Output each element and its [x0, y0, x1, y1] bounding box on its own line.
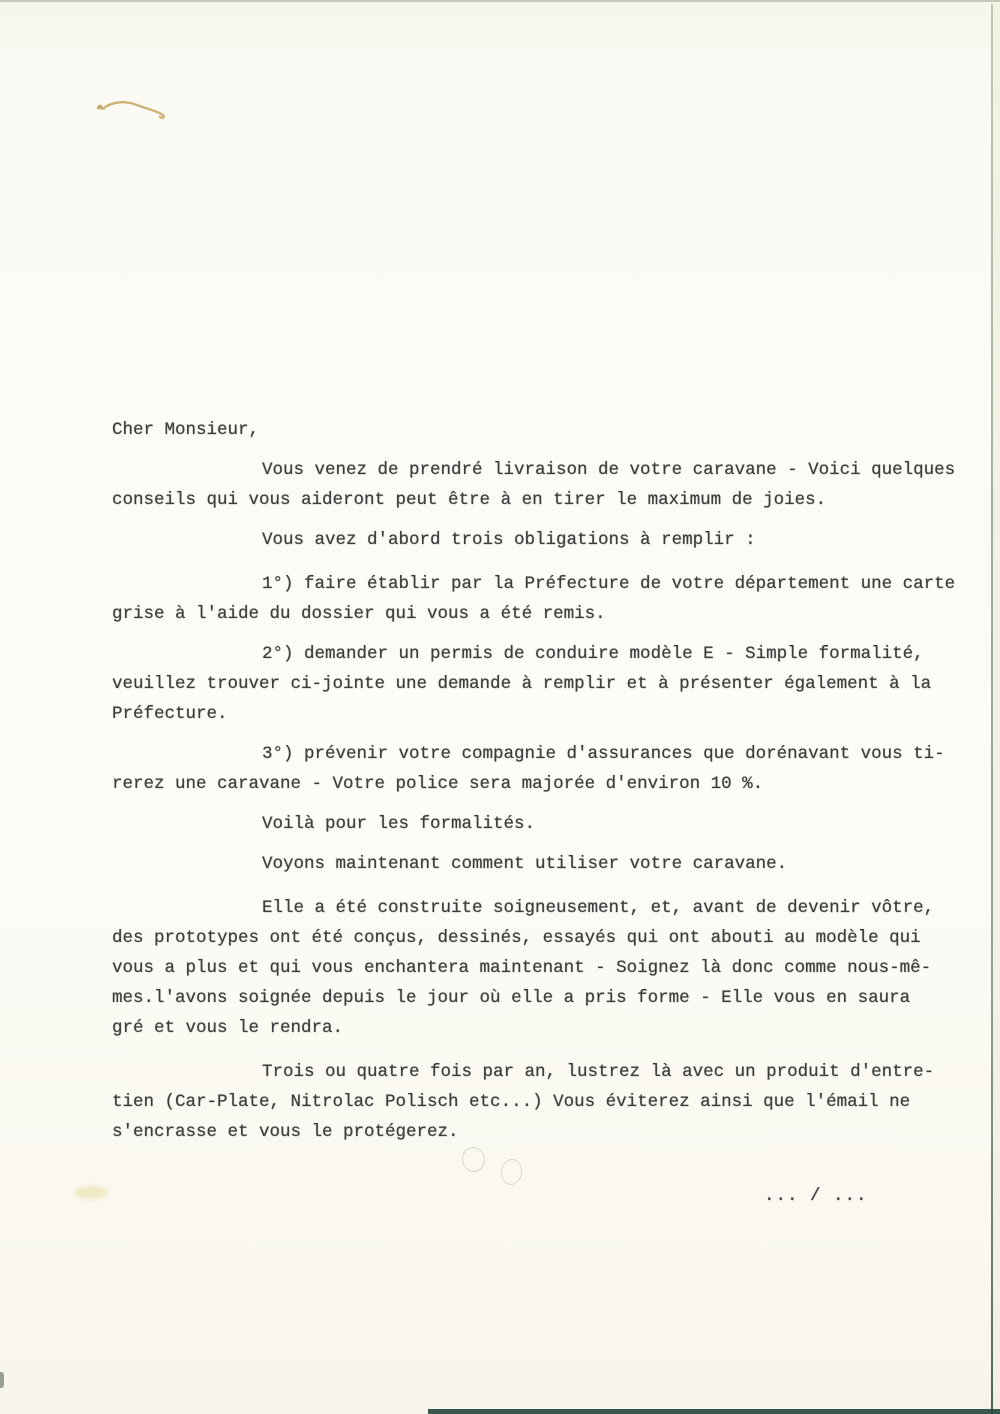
paragraph: 3°) prévenir votre compagnie d'assurance…	[112, 739, 984, 799]
paper-edge-right	[991, 4, 993, 1414]
letter-line: grise à l'aide du dossier qui vous a été…	[112, 599, 984, 629]
letter-line: mes.l'avons soignée depuis le jour où el…	[112, 983, 984, 1013]
letter-line: Préfecture.	[112, 699, 984, 729]
letter-line: Voilà pour les formalités.	[112, 809, 984, 839]
paragraph: Voilà pour les formalités.	[112, 809, 984, 839]
paragraph: Elle a été construite soigneusement, et,…	[112, 893, 984, 1043]
letter-line: des prototypes ont été conçus, dessinés,…	[112, 923, 984, 953]
paragraph: Voyons maintenant comment utiliser votre…	[112, 849, 984, 879]
continuation-mark: ... / ...	[112, 1181, 984, 1211]
letter-line: 2°) demander un permis de conduire modèl…	[112, 639, 984, 669]
letter-line: vous a plus et qui vous enchantera maint…	[112, 953, 984, 983]
letter-line: tien (Car-Plate, Nitrolac Polisch etc...…	[112, 1087, 984, 1117]
paragraph: Vous avez d'abord trois obligations à re…	[112, 525, 984, 555]
paragraph: 1°) faire établir par la Préfecture de v…	[112, 569, 984, 629]
letter-line: gré et vous le rendra.	[112, 1013, 984, 1043]
letter-line: 3°) prévenir votre compagnie d'assurance…	[112, 739, 984, 769]
letter-line: Vous venez de prendré livraison de votre…	[112, 455, 984, 485]
scan-edge-top	[0, 0, 1000, 2]
letter-line: Vous avez d'abord trois obligations à re…	[112, 525, 984, 555]
letter-line: s'encrasse et vous le protégerez.	[112, 1117, 984, 1147]
letter-body: Cher Monsieur, Vous venez de prendré liv…	[112, 415, 984, 1211]
yellow-smudge	[74, 1186, 108, 1199]
letter-line: conseils qui vous aideront peut être à e…	[112, 485, 984, 515]
scan-background-right	[993, 0, 1000, 1414]
paragraph: Trois ou quatre fois par an, lustrez là …	[112, 1057, 984, 1147]
paragraph: 2°) demander un permis de conduire modèl…	[112, 639, 984, 729]
letter-page: Cher Monsieur, Vous venez de prendré liv…	[0, 0, 1000, 1414]
paragraph: Vous venez de prendré livraison de votre…	[112, 455, 984, 515]
scan-edge-bottom	[428, 1409, 1000, 1414]
letter-line: Trois ou quatre fois par an, lustrez là …	[112, 1057, 984, 1087]
letter-line: rerez une caravane - Votre police sera m…	[112, 769, 984, 799]
salutation: Cher Monsieur,	[112, 415, 984, 445]
letter-line: veuillez trouver ci-jointe une demande à…	[112, 669, 984, 699]
letter-line: Elle a été construite soigneusement, et,…	[112, 893, 984, 923]
letter-line: Voyons maintenant comment utiliser votre…	[112, 849, 984, 879]
scan-edge-left-notch	[0, 1372, 4, 1388]
letter-line: 1°) faire établir par la Préfecture de v…	[112, 569, 984, 599]
stain-mark	[93, 88, 173, 124]
